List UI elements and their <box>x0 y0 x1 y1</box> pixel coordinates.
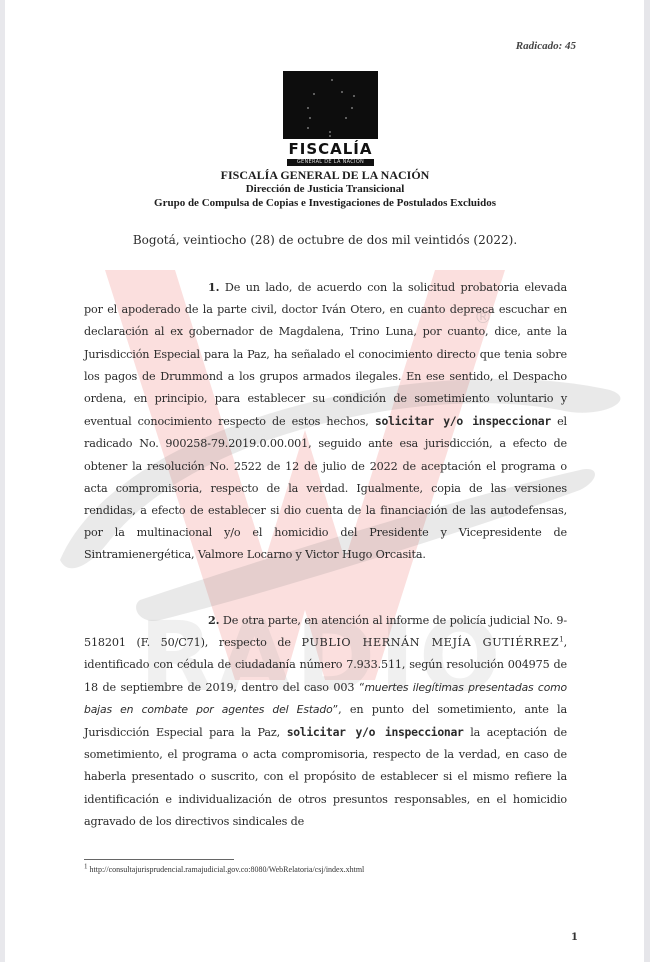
paragraph-number: 2. <box>208 613 219 627</box>
page-number: 1 <box>571 932 578 943</box>
logo-subtitle: GENERAL DE LA NACIÓN <box>287 159 374 166</box>
bold-directive: solicitar y/o inspeccionar <box>375 414 551 428</box>
header-institution: FISCALÍA GENERAL DE LA NACIÓN <box>0 168 650 183</box>
page-edge-right <box>644 0 650 962</box>
logo-wordmark: FISCALÍA <box>283 142 378 157</box>
footnote-marker: 1 <box>84 862 88 870</box>
paragraph-number: 1. <box>208 280 219 294</box>
footnote-link[interactable]: http://consultajurisprudencial.ramajudic… <box>90 865 365 874</box>
radicado-label: Radicado: 45 <box>516 40 576 52</box>
paragraph-text: De un lado, de acuerdo con la solicitud … <box>84 281 567 428</box>
bold-directive: solicitar y/o inspeccionar <box>287 725 464 739</box>
paragraph-text: el radicado No. 900258-79.2019.0.00.001,… <box>84 415 567 561</box>
footnote-separator <box>84 859 234 860</box>
header-direction: Dirección de Justicia Transicional <box>0 183 650 195</box>
paragraph-2: 2. De otra parte, en atención al informe… <box>84 609 567 833</box>
paragraph-text: la aceptación de sometimiento, el progra… <box>84 726 567 828</box>
person-name: PUBLIO HERNÁN MEJÍA GUTIÉRREZ <box>302 636 560 649</box>
header-group: Grupo de Compulsa de Copias e Investigac… <box>0 197 650 209</box>
fiscalia-emblem-icon <box>283 71 378 139</box>
document-date: Bogotá, veintiocho (28) de octubre de do… <box>0 233 650 247</box>
footnote: 1 http://consultajurisprudencial.ramajud… <box>84 865 364 874</box>
paragraph-1: 1. De un lado, de acuerdo con la solicit… <box>84 276 567 567</box>
fiscalia-logo: FISCALÍA GENERAL DE LA NACIÓN <box>283 71 378 166</box>
